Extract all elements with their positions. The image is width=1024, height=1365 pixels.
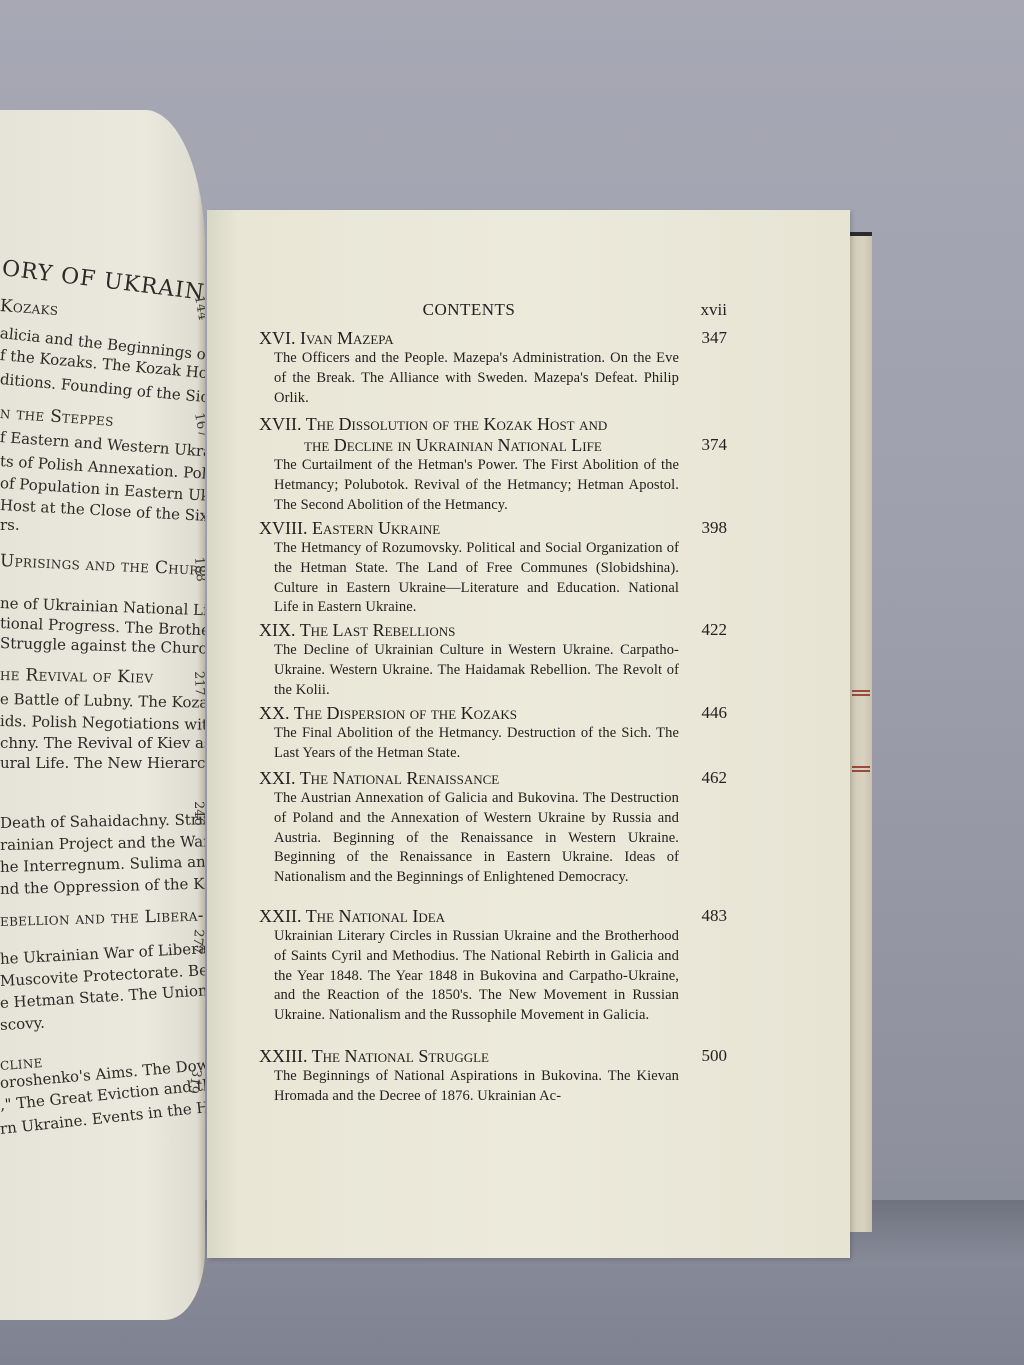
toc-entry: XIX. The Last Rebellions 422 The Decline… [259,620,727,700]
left-line: he Revival of Kiev [0,664,153,689]
chapter-description: The Beginnings of National Aspirations i… [274,1067,679,1107]
chapter-description: The Decline of Ukrainian Culture in West… [274,641,679,700]
edge-mark [852,766,870,768]
left-line: ural Life. The New Hierarchy in [0,752,205,774]
toc-entry: XVIII. Eastern Ukraine 398 The Hetmancy … [259,518,727,618]
left-page-number: 144 [187,294,205,322]
toc-entry: XXIII. The National Struggle 500 The Beg… [259,1046,727,1107]
running-head: CONTENTS xvii [259,300,727,324]
edge-mark [852,694,870,696]
chapter-title: The National Renaissance [300,768,500,788]
chapter-title: The National Struggle [312,1046,489,1066]
left-page-number: 246 [187,801,205,826]
chapter-numeral: XXIII. [259,1046,307,1066]
chapter-title: The National Idea [306,906,445,926]
toc-entry: XVI. Ivan Mazepa 347 The Officers and th… [259,328,727,408]
toc-entry: XX. The Dispersion of the Kozaks 446 The… [259,703,727,764]
chapter-page: 398 [702,518,728,538]
left-line: scovy. [0,1012,45,1036]
page-number: xvii [701,300,727,320]
chapter-numeral: XIX. [259,620,296,640]
left-line: Struggle against the Church Union. [0,632,205,661]
edge-mark [852,770,870,772]
left-line: rs. [0,514,20,536]
left-line: chny. The Revival of Kiev as the [0,732,205,754]
left-page-text: ORY OF UKRAINE Kozaks alicia and the Beg… [0,110,205,1320]
left-page-number: 277 [185,928,205,955]
page-title: CONTENTS [259,300,679,320]
edge-mark [852,690,870,692]
left-line: Kozaks [0,295,59,321]
chapter-page: 374 [702,435,728,455]
chapter-title-cont: the Decline in Ukrainian National Life [259,435,679,456]
chapter-numeral: XXI. [259,768,296,788]
chapter-title: Ivan Mazepa [300,328,394,348]
chapter-numeral: XVIII. [259,518,307,538]
chapter-page: 462 [702,768,728,788]
chapter-numeral: XX. [259,703,290,723]
chapter-numeral: XVII. [259,414,302,434]
chapter-description: The Final Abolition of the Hetmancy. Des… [274,724,679,764]
left-page-number: 217 [187,671,205,697]
left-page-number: 167 [187,411,205,439]
chapter-page: 446 [702,703,728,723]
left-line: Uprisings and the Church [0,550,205,582]
left-page-number: 319 [181,1067,205,1095]
chapter-numeral: XXII. [259,906,302,926]
chapter-title: The Dissolution of the Kozak Host and [306,414,608,434]
chapter-page: 500 [702,1046,728,1066]
chapter-page: 422 [702,620,728,640]
toc-entry: XVII. The Dissolution of the Kozak Host … [259,414,727,515]
book-cover-edge [848,232,872,236]
left-page: ORY OF UKRAINE Kozaks alicia and the Beg… [0,110,205,1320]
chapter-page: 483 [702,906,728,926]
left-line: ebellion and the Libera- [0,905,204,932]
chapter-page: 347 [702,328,728,348]
chapter-numeral: XVI. [259,328,296,348]
chapter-description: The Hetmancy of Rozumovsky. Political an… [274,539,679,618]
toc-entry: XXI. The National Renaissance 462 The Au… [259,768,727,888]
chapter-description: The Curtailment of the Hetman's Power. T… [274,456,679,515]
chapter-title: Eastern Ukraine [312,518,440,538]
toc-entry: XXII. The National Idea 483 Ukrainian Li… [259,906,727,1026]
chapter-description: The Austrian Annexation of Galicia and B… [274,789,679,888]
chapter-description: The Officers and the People. Mazepa's Ad… [274,349,679,408]
book-page-edge [850,232,872,1232]
chapter-description: Ukrainian Literary Circles in Russian Uk… [274,927,679,1026]
left-page-number: 188 [187,556,205,583]
chapter-title: The Last Rebellions [300,620,456,640]
right-page: CONTENTS xvii XVI. Ivan Mazepa 347 The O… [207,210,850,1258]
chapter-title: The Dispersion of the Kozaks [294,703,517,723]
